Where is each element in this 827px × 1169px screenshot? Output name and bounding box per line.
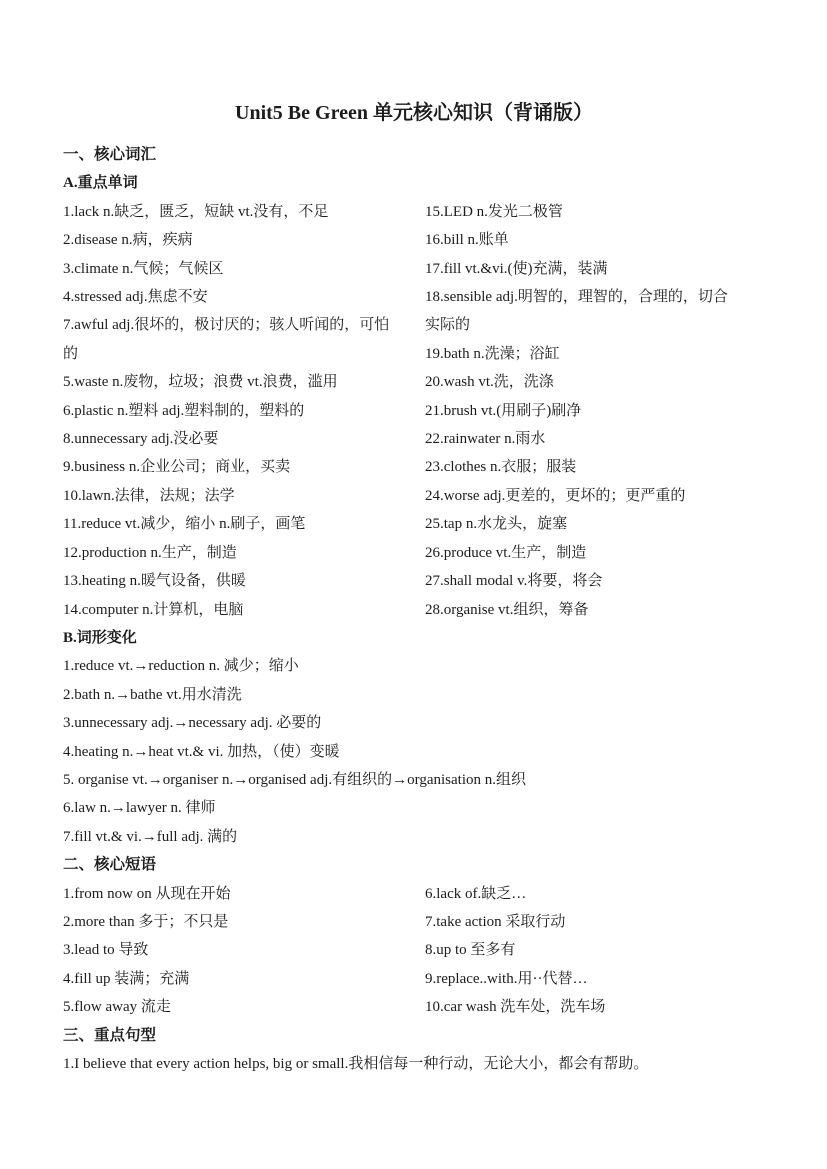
phrase-item: 2.more than 多于；不只是 [63, 908, 395, 936]
word-item: 4.stressed adj.焦虑不安 [63, 283, 395, 311]
document-title: Unit5 Be Green 单元核心知识（背诵版） [63, 100, 765, 127]
word-item: 8.unnecessary adj.没必要 [63, 425, 395, 453]
word-item: 16.bill n.账单 [425, 226, 737, 254]
word-item: 19.bath n.洗澡；浴缸 [425, 340, 737, 368]
sentence-item: 1.I believe that every action helps, big… [63, 1050, 765, 1078]
word-item: 22.rainwater n.雨水 [425, 425, 737, 453]
word-item: 1.lack n.缺乏，匮乏，短缺 vt.没有，不足 [63, 198, 395, 226]
word-item: 18.sensible adj.明智的，理智的，合理的，切合实际的 [425, 283, 737, 340]
word-item: 11.reduce vt.减少，缩小 n.刷子，画笔 [63, 510, 395, 538]
phrase-item: 9.replace..with.用··代替… [425, 965, 737, 993]
word-item: 3.climate n.气候；气候区 [63, 255, 395, 283]
word-item: 25.tap n.水龙头，旋塞 [425, 510, 737, 538]
phrases-right-column: 6.lack of.缺乏… 7.take action 采取行动 8.up to… [425, 880, 765, 1022]
word-item: 15.LED n.发光二极管 [425, 198, 737, 226]
word-item: 6.plastic n.塑料 adj.塑料制的，塑料的 [63, 397, 395, 425]
form-item: 1.reduce vt.→reduction n. 减少；缩小 [63, 652, 765, 680]
word-item: 26.produce vt.生产，制造 [425, 539, 737, 567]
word-item: 9.business n.企业公司；商业，买卖 [63, 453, 395, 481]
phrase-item: 1.from now on 从现在开始 [63, 880, 395, 908]
word-item: 14.computer n.计算机，电脑 [63, 596, 395, 624]
word-item: 12.production n.生产，制造 [63, 539, 395, 567]
phrase-item: 5.flow away 流走 [63, 993, 395, 1021]
word-item: 23.clothes n.衣服；服装 [425, 453, 737, 481]
phrase-item: 6.lack of.缺乏… [425, 880, 737, 908]
form-item: 3.unnecessary adj.→necessary adj. 必要的 [63, 709, 765, 737]
phrase-item: 8.up to 至多有 [425, 936, 737, 964]
form-item: 2.bath n.→bathe vt.用水清洗 [63, 681, 765, 709]
document-page: Unit5 Be Green 单元核心知识（背诵版） 一、核心词汇 A.重点单词… [0, 0, 827, 1169]
word-item: 27.shall modal v.将要，将会 [425, 567, 737, 595]
form-item: 7.fill vt.& vi.→full adj. 满的 [63, 823, 765, 851]
word-item: 7.awful adj.很坏的，极讨厌的；骇人听闻的，可怕的 [63, 311, 395, 368]
word-item: 21.brush vt.(用刷子)刷净 [425, 397, 737, 425]
word-item: 2.disease n.病，疾病 [63, 226, 395, 254]
word-item: 5.waste n.废物，垃圾；浪费 vt.浪费，滥用 [63, 368, 395, 396]
word-item: 24.worse adj.更差的，更坏的；更严重的 [425, 482, 737, 510]
section-heading-core-phrases: 二、核心短语 [63, 851, 765, 879]
phrases-list: 1.from now on 从现在开始 2.more than 多于；不只是 3… [63, 880, 765, 1022]
form-item: 6.law n.→lawyer n. 律师 [63, 794, 765, 822]
key-words-list: 1.lack n.缺乏，匮乏，短缺 vt.没有，不足 2.disease n.病… [63, 198, 765, 624]
word-forms-list: 1.reduce vt.→reduction n. 减少；缩小 2.bath n… [63, 652, 765, 851]
form-item: 5. organise vt.→organiser n.→organised a… [63, 766, 765, 794]
key-words-left-column: 1.lack n.缺乏，匮乏，短缺 vt.没有，不足 2.disease n.病… [63, 198, 425, 624]
section-heading-key-sentences: 三、重点句型 [63, 1022, 765, 1050]
section-heading-core-vocab: 一、核心词汇 [63, 141, 765, 169]
phrase-item: 7.take action 采取行动 [425, 908, 737, 936]
phrases-left-column: 1.from now on 从现在开始 2.more than 多于；不只是 3… [63, 880, 425, 1022]
key-words-right-column: 15.LED n.发光二极管 16.bill n.账单 17.fill vt.&… [425, 198, 765, 624]
word-item: 10.lawn.法律，法规；法学 [63, 482, 395, 510]
word-item: 13.heating n.暖气设备，供暖 [63, 567, 395, 595]
phrase-item: 10.car wash 洗车处，洗车场 [425, 993, 737, 1021]
word-item: 20.wash vt.洗，洗涤 [425, 368, 737, 396]
word-item: 28.organise vt.组织，筹备 [425, 596, 737, 624]
phrase-item: 3.lead to 导致 [63, 936, 395, 964]
subsection-heading-word-forms: B.词形变化 [63, 624, 765, 652]
sentences-list: 1.I believe that every action helps, big… [63, 1050, 765, 1078]
subsection-heading-key-words: A.重点单词 [63, 169, 765, 197]
phrase-item: 4.fill up 装满；充满 [63, 965, 395, 993]
form-item: 4.heating n.→heat vt.& vi. 加热，（使）变暖 [63, 738, 765, 766]
word-item: 17.fill vt.&vi.(使)充满，装满 [425, 255, 737, 283]
